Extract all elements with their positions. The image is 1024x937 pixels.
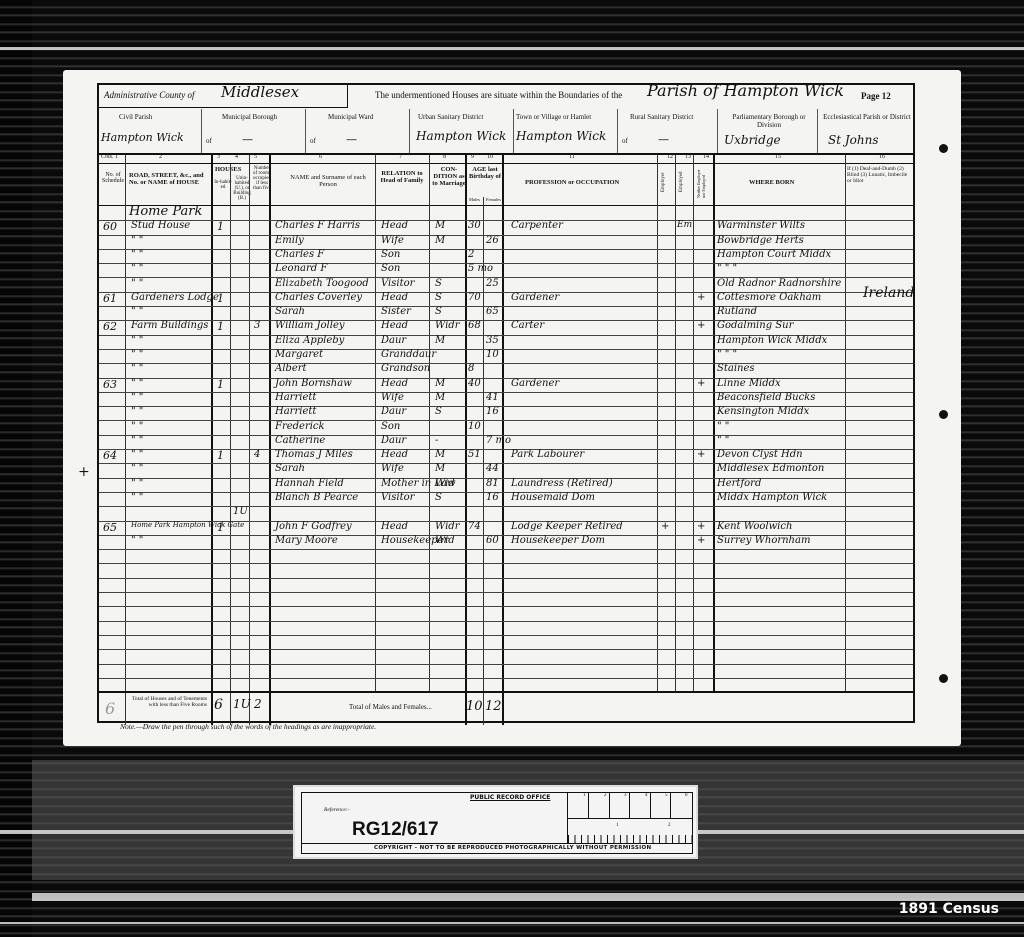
footnote: Note.—Draw the pen through such of the w… [120,722,376,731]
header-relation: RELATION to Head of Family [377,170,427,184]
relation: Granddaur [381,349,436,360]
condition: S [435,306,442,317]
inhabited: 1 [217,378,224,391]
margin-note-ireland: Ireland [863,285,914,301]
header-males: Males [469,197,480,202]
table-row: " "Elizabeth ToogoodVisitorS25Old Radnor… [99,278,913,293]
condition: M [435,220,445,231]
rural-sanitary-prefix: of [622,137,628,145]
table-row: " "Charles FSon2Hampton Court Middx [99,249,913,264]
relation: Daur [381,335,406,346]
birthplace: Staines [717,363,755,374]
table-row: " "Blanch B PearceVisitorS16Housemaid Do… [99,492,913,507]
inhabited: 1 [217,220,224,233]
street-heading-row: Home Park [99,206,913,221]
male-age: 70 [468,292,481,303]
table-row: " "EmilyWifeM26Bowbridge Herts [99,235,913,250]
admin-county-value: Middlesex [221,83,299,101]
birthplace: Hampton Court Middx [717,249,831,260]
col-num: 8 [443,154,446,160]
punch-hole [939,410,948,419]
header-where-born: WHERE BORN [749,179,794,186]
table-row: 62Farm Buildings13William JolleyHeadWidr… [99,320,913,335]
relation: Grandson [381,363,430,374]
address: " " [131,349,143,360]
district-row: Civil Parish Hampton Wick Municipal Boro… [99,109,913,153]
birthplace: Middx Hampton Wick [717,492,827,503]
birthplace: " " [717,421,729,432]
slip-reference: RG12/617 [352,819,439,841]
rooms: 3 [254,320,260,331]
table-row: " "HarriettDaurS16Kensington Middx [99,406,913,421]
inhabited: 1 [217,449,224,462]
address: " " [131,478,143,489]
person-name: John Bornshaw [275,378,352,389]
uninhabited: 1U [233,506,248,517]
table-row: " "Leonard FSon5 mo" " " [99,263,913,278]
slip-ruler: 1 2 3 4 5 6 1 2 [567,793,692,843]
inhabited: 1 [217,320,224,333]
person-name: Sarah [275,463,305,474]
female-age: 41 [486,392,499,403]
table-row: " "CatherineDaur-7 mo" " [99,435,913,450]
neither-mark: + [697,521,705,532]
address: " " [131,363,143,374]
page-number: Page 12 [861,91,891,101]
condition: M [435,235,445,246]
col-num: 6 [319,154,322,160]
birthplace: Godalming Sur [717,320,793,331]
col-num: 7 [399,154,402,160]
condition: M [435,463,445,474]
address: " " [131,392,143,403]
occupation: Carpenter [511,220,563,231]
condition: S [435,292,442,303]
female-age: 26 [486,235,499,246]
table-row: 1U [99,506,913,521]
col-num: 11 [569,154,575,160]
film-stripe [0,922,1024,924]
ruler-mark: 1 [616,823,619,828]
slip-copyright: COPYRIGHT - NOT TO BE REPRODUCED PHOTOGR… [374,845,651,851]
column-header-row: No. of Schedule ROAD, STREET, &c., and N… [99,164,913,206]
col-num: 12 [667,154,673,160]
slip-office: PUBLIC RECORD OFFICE [470,794,550,801]
person-name: Blanch B Pearce [275,492,358,503]
boundary-value: Parish of Hampton Wick [647,81,844,100]
address: " " [131,306,143,317]
person-name: Frederick [275,421,325,432]
parliamentary-division-label: Parliamentary Borough or Division [724,113,814,129]
relation: Daur [381,435,406,446]
birthplace: Devon Clyst Hdn [717,449,803,460]
col-num: 15 [775,154,781,160]
address: " " [131,535,143,546]
condition: S [435,406,442,417]
header-name: NAME and Surname of each Person [283,174,373,188]
header-schedule: No. of Schedule [101,172,125,184]
header-employer: Employer [661,172,666,192]
male-age: 8 [468,363,474,374]
ruler-mark: 5 [665,793,668,798]
address: " " [131,335,143,346]
address: Home Park Hampton Wick Gate [131,521,244,529]
address: " " [131,378,143,389]
condition: S [435,278,442,289]
rooms: 4 [254,449,260,460]
census-caption: 1891 Census [899,901,999,917]
birthplace: " " " [717,349,737,360]
person-name: John F Godfrey [275,521,352,532]
occupation: Park Labourer [511,449,584,460]
person-name: William Jolley [275,320,345,331]
municipal-ward-prefix: of [310,137,316,145]
ruler-mark: 2 [668,823,671,828]
ecclesiastical-parish-label: Ecclesiastical Parish or District [822,113,912,121]
neither-mark: + [697,449,705,460]
person-name: Harriett [275,392,316,403]
birthplace: Cottesmore Oakham [717,292,821,303]
female-age: 16 [486,406,499,417]
table-row: " "AlbertGrandson8Staines [99,363,913,378]
condition: Wid [435,478,455,489]
table-row: 61Gardeners Lodge1Charles CoverleyHeadS7… [99,292,913,307]
admin-county-label: Administrative County of [104,90,195,100]
address: Stud House [131,220,190,231]
empty-row [99,564,913,579]
birthplace: Surrey Whornham [717,535,810,546]
condition: M [435,378,445,389]
header-address: ROAD, STREET, &c., and No. or NAME of HO… [129,172,209,186]
address: " " [131,263,143,274]
street-heading: Home Park [129,204,202,219]
condition: Wid [435,535,455,546]
table-row: " "MargaretGranddaur10" " " [99,349,913,364]
birthplace: Warminster Wilts [717,220,805,231]
film-stripe [0,47,1024,50]
person-name: Margaret [275,349,323,360]
person-name: Sarah [275,306,305,317]
table-row: " "SarahSisterS65Rutland [99,306,913,321]
schedule-number: 63 [103,378,117,391]
birthplace: Bowbridge Herts [717,235,804,246]
male-age: 30 [468,220,481,231]
schedule-number: 62 [103,320,117,333]
municipal-borough-value: — [242,133,253,146]
column-number-row: Cols. 1 2 3 4 5 6 7 8 9 10 11 12 13 14 1… [99,155,913,164]
neither-mark: + [697,292,705,303]
person-name: Thomas J Miles [275,449,353,460]
occupation: Carter [511,320,544,331]
col-num: 16 [879,154,885,160]
table-row: " "Hannah FieldMother in LawWid81Laundre… [99,478,913,493]
ruler-mark: 3 [624,793,627,798]
person-name: Charles F Harris [275,220,360,231]
male-age: 68 [468,320,481,331]
totals-males: 10 [466,699,483,714]
female-age: 44 [486,463,499,474]
person-name: Leonard F [275,263,327,274]
ruler-mark: 4 [645,793,648,798]
parliamentary-division-value: Uxbridge [724,133,781,147]
person-name: Hannah Field [275,478,344,489]
female-age: 60 [486,535,499,546]
census-sheet: Administrative County of Middlesex The u… [63,70,961,746]
female-age: 35 [486,335,499,346]
birthplace: Rutland [717,306,757,317]
relation: Head [381,320,408,331]
relation: Wife [381,392,404,403]
table-row: 64" "14Thomas J MilesHeadM51Park Laboure… [99,449,913,464]
employer-mark: + [661,521,669,532]
boundary-text: The undermentioned Houses are situate wi… [375,90,622,100]
address: " " [131,406,143,417]
header-females: Females [486,197,501,202]
civil-parish-label: Civil Parish [119,113,152,121]
address: " " [131,435,143,446]
birthplace: Kent Woolwich [717,521,792,532]
address: " " [131,421,143,432]
reference-slip: PUBLIC RECORD OFFICE Reference:- RG12/61… [293,785,698,859]
relation: Head [381,521,408,532]
female-age: 16 [486,492,499,503]
birthplace: Old Radnor Radnorshire [717,278,841,289]
schedule-number: 60 [103,220,117,233]
header-neither: Neither Employer nor Employed [696,164,706,198]
totals-inhabited: 6 [214,697,223,713]
person-name: Albert [275,363,307,374]
birthplace: Linne Middx [717,378,781,389]
female-age: 7 mo [486,435,511,446]
address: " " [131,235,143,246]
address: Gardeners Lodge [131,292,219,303]
address: Farm Buildings [131,320,208,331]
address: " " [131,463,143,474]
punch-hole [939,144,948,153]
relation: Head [381,378,408,389]
birthplace: Middlesex Edmonton [717,463,824,474]
birthplace: Hertford [717,478,761,489]
empty-row [99,606,913,621]
empty-row [99,649,913,664]
inhabited: 1 [217,292,224,305]
header-employed: Employed [679,171,684,192]
empty-row [99,621,913,636]
col-num: 9 [471,154,474,160]
schedule-number: 64 [103,449,117,462]
col-num: 4 [235,154,238,160]
condition: Widr [435,320,459,331]
municipal-ward-label: Municipal Ward [328,113,373,121]
male-age: 10 [468,421,481,432]
ecclesiastical-parish-value: St Johns [828,133,879,147]
header-age: AGE last Birthday of [467,166,503,180]
table-row: " "Mary MooreHousekeeperWid60Housekeeper… [99,535,913,550]
person-name: Catherine [275,435,325,446]
header-condition: CON-DITION as to Marriage [431,166,467,187]
empty-row [99,549,913,564]
relation: Sister [381,306,411,317]
male-age: 5 mo [468,263,493,274]
male-age: 40 [468,378,481,389]
occupation: Laundress (Retired) [511,478,613,489]
schedule-number: 65 [103,521,117,534]
table-row: " "SarahWifeM44Middlesex Edmonton [99,463,913,478]
enumeration-table: Administrative County of Middlesex The u… [97,83,915,723]
person-name: Charles Coverley [275,292,362,303]
condition: Widr [435,521,459,532]
occupation: Gardener [511,292,559,303]
admin-county-box: Administrative County of Middlesex [99,85,348,108]
header-occupation: PROFESSION or OCCUPATION [525,179,619,186]
relation: Daur [381,406,406,417]
relation: Son [381,421,400,432]
town-village-label: Town or Village or Hamlet [516,113,591,121]
col-num: 5 [254,154,257,160]
margin-cross: + [78,464,90,480]
male-age: 51 [468,449,481,460]
birthplace: Beaconsfield Bucks [717,392,815,403]
relation: Head [381,292,408,303]
female-age: 25 [486,278,499,289]
rural-sanitary-label: Rural Sanitary District [630,113,693,121]
female-age: 65 [486,306,499,317]
totals-females: 12 [485,699,502,714]
table-row: 65Home Park Hampton Wick Gate1John F God… [99,521,913,536]
condition: - [435,435,438,446]
col-num: Cols. 1 [101,154,118,160]
occupation: Housekeeper Dom [511,535,605,546]
header-houses: HOUSES [215,166,241,173]
relation: Wife [381,235,404,246]
relation: Visitor [381,492,414,503]
person-name: Charles F [275,249,324,260]
person-name: Eliza Appleby [275,335,344,346]
table-row: " "FrederickSon10" " [99,421,913,436]
male-age: 74 [468,521,481,532]
totals-schedule-note: 6 [105,699,115,718]
inhabited: 1 [217,521,224,534]
neither-mark: + [697,320,705,331]
totals-persons-label: Total of Males and Females... [349,703,432,711]
address: " " [131,278,143,289]
col-num: 3 [217,154,220,160]
relation: Wife [381,463,404,474]
address: " " [131,492,143,503]
birthplace: " " " [717,263,737,274]
col-num: 13 [685,154,691,160]
occupation: Gardener [511,378,559,389]
birthplace: " " [717,435,729,446]
birthplace: Hampton Wick Middx [717,335,827,346]
rural-sanitary-value: — [658,133,669,146]
empty-row [99,578,913,593]
condition: S [435,492,442,503]
town-village-value: Hampton Wick [516,129,606,143]
address: " " [131,449,143,460]
schedule-number: 61 [103,292,117,305]
municipal-ward-value: — [346,133,357,146]
neither-mark: + [697,535,705,546]
empty-row [99,664,913,679]
occupation: Housemaid Dom [511,492,595,503]
relation: Son [381,249,400,260]
address: " " [131,249,143,260]
empty-row [99,592,913,607]
header-infirmity: If (1) Deaf-and-Dumb (2) Blind (3) Lunat… [847,166,911,184]
relation: Head [381,449,408,460]
person-name: Elizabeth Toogood [275,278,369,289]
female-age: 10 [486,349,499,360]
birthplace: Kensington Middx [717,406,809,417]
table-row: 60Stud House1Charles F HarrisHeadM30Carp… [99,220,913,235]
condition: M [435,449,445,460]
totals-rooms: 2 [254,697,262,711]
totals-houses-label: Total of Houses and of Tenements with le… [127,696,207,708]
municipal-borough-prefix: of [206,137,212,145]
col-num: 2 [159,154,162,160]
empty-row [99,635,913,650]
punch-hole [939,674,948,683]
col-num: 10 [487,154,493,160]
person-name: Harriett [275,406,316,417]
table-row: 63" "1John BornshawHeadM40Gardener+Linne… [99,378,913,393]
ruler-mark: 2 [604,793,607,798]
relation: Visitor [381,278,414,289]
urban-sanitary-value: Hampton Wick [416,129,506,143]
rows: Home Park60Stud House1Charles F HarrisHe… [99,206,913,691]
table-grid: Cols. 1 2 3 4 5 6 7 8 9 10 11 12 13 14 1… [99,153,913,725]
urban-sanitary-label: Urban Sanitary District [418,113,483,121]
col-num: 14 [703,154,709,160]
neither-mark: + [697,378,705,389]
municipal-borough-label: Municipal Borough [222,113,277,121]
table-row: " "HarriettWifeM41Beaconsfield Bucks [99,392,913,407]
male-age: 2 [468,249,474,260]
slip-reference-label: Reference:- [324,807,349,813]
film-stripe [32,893,1024,901]
ruler-mark: 6 [685,793,688,798]
table-row: " "Eliza ApplebyDaurM35Hampton Wick Midd… [99,335,913,350]
condition: M [435,335,445,346]
relation: Head [381,220,408,231]
person-name: Emily [275,235,304,246]
totals-uninhabited: 1U [233,697,251,711]
person-name: Mary Moore [275,535,338,546]
female-age: 81 [486,478,499,489]
civil-parish-value: Hampton Wick [101,131,184,144]
occupation: Lodge Keeper Retired [511,521,623,532]
ruler-mark: 1 [583,793,586,798]
relation: Son [381,263,400,274]
employed-mark: Em [677,220,692,230]
condition: M [435,392,445,403]
